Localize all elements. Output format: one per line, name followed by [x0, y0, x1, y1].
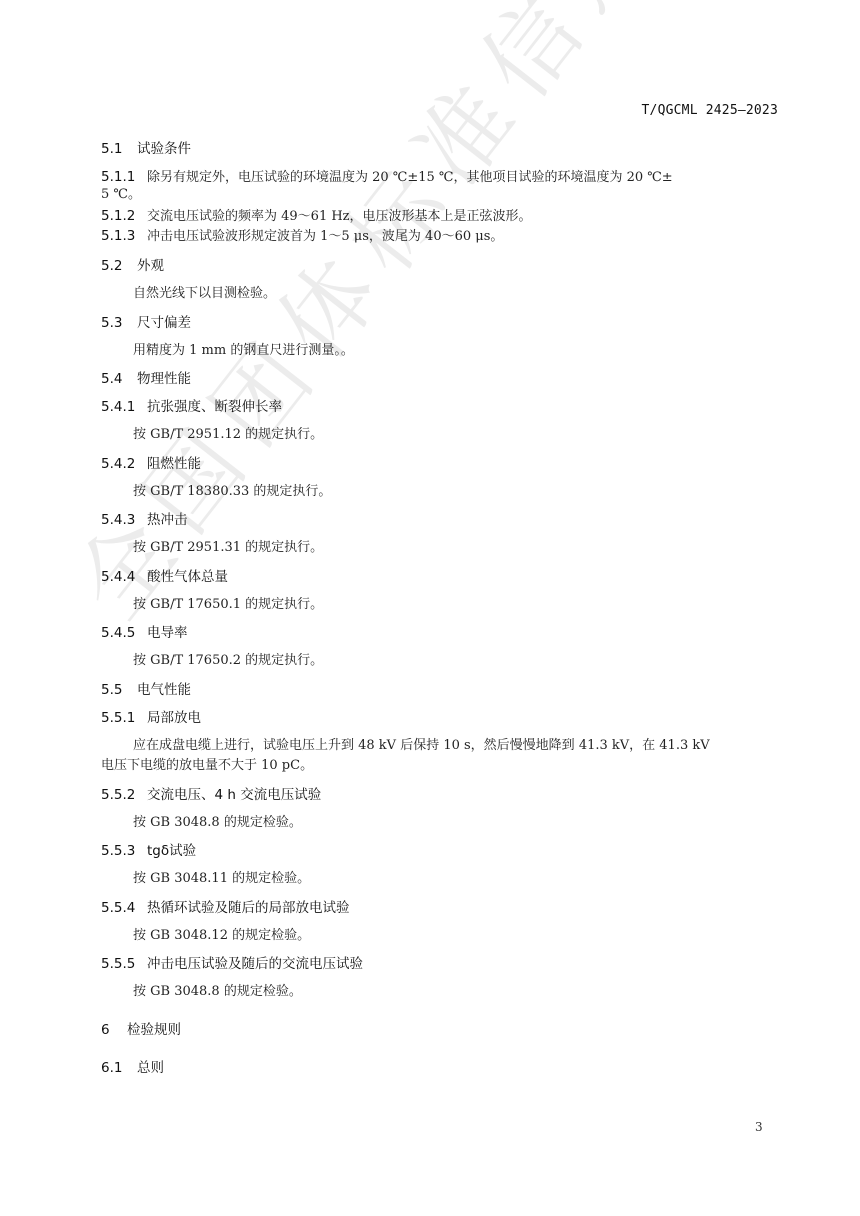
document-page: 全国团体标准信息平台 T/QGCML 2425—2023 5.1试验条件 5.1…: [0, 0, 860, 1216]
paragraph-5-2: 自然光线下以目测检验。: [133, 286, 276, 302]
section-number: 5.4.2: [101, 456, 147, 472]
clause-number: 5.1.3: [101, 228, 147, 244]
heading-5-4-5: 5.4.5电导率: [101, 625, 188, 641]
section-number: 5.4.3: [101, 512, 147, 528]
clause-text: 除另有规定外，电压试验的环境温度为 20 ℃±15 ℃，其他项目试验的环境温度为…: [147, 170, 673, 185]
clause-number: 5.1.2: [101, 208, 147, 224]
paragraph-5-3: 用精度为 1 mm 的钢直尺进行测量。。: [133, 343, 354, 359]
section-title: 热冲击: [147, 512, 188, 528]
section-number: 5.5.1: [101, 710, 147, 726]
paragraph-5-5-2: 按 GB 3048.8 的规定检验。: [133, 815, 302, 831]
section-number: 5.5.3: [101, 843, 147, 859]
section-number: 6.1: [101, 1060, 137, 1076]
section-number: 5.2: [101, 258, 137, 274]
section-title: 冲击电压试验及随后的交流电压试验: [147, 956, 363, 972]
heading-5-3: 5.3尺寸偏差: [101, 315, 191, 331]
heading-5-5-2: 5.5.2交流电压、4 h 交流电压试验: [101, 787, 321, 803]
section-number: 5.5.5: [101, 956, 147, 972]
paragraph-5-4-3: 按 GB/T 2951.31 的规定执行。: [133, 540, 323, 556]
section-title: 物理性能: [137, 371, 191, 387]
section-number: 5.4.1: [101, 399, 147, 415]
section-title: 外观: [137, 258, 164, 274]
section-title: 总则: [137, 1060, 164, 1076]
clause-number: 5.1.1: [101, 169, 147, 185]
section-number: 5.5.4: [101, 900, 147, 916]
heading-6-1: 6.1总则: [101, 1060, 164, 1076]
heading-5-5: 5.5电气性能: [101, 682, 191, 698]
heading-5-4-2: 5.4.2阻燃性能: [101, 456, 201, 472]
section-number: 5.4: [101, 371, 137, 387]
heading-5-4-1: 5.4.1抗张强度、断裂伸长率: [101, 399, 282, 415]
paragraph-5-5-4: 按 GB 3048.12 的规定检验。: [133, 928, 310, 944]
heading-6: 6检验规则: [101, 1022, 181, 1038]
section-number: 6: [101, 1022, 127, 1038]
clause-5-1-1-continuation: 5 ℃。: [101, 187, 141, 203]
paragraph-5-5-1: 应在成盘电缆上进行，试验电压上升到 48 kV 后保持 10 s，然后慢慢地降到…: [133, 738, 710, 754]
page-number: 3: [755, 1120, 763, 1134]
clause-text: 交流电压试验的频率为 49～61 Hz，电压波形基本上是正弦波形。: [147, 209, 532, 224]
paragraph-5-5-1-continuation: 电压下电缆的放电量不大于 10 pC。: [101, 758, 313, 774]
clause-5-1-2: 5.1.2交流电压试验的频率为 49～61 Hz，电压波形基本上是正弦波形。: [101, 208, 532, 225]
section-number: 5.3: [101, 315, 137, 331]
section-title: 电导率: [147, 625, 188, 641]
heading-5-5-1: 5.5.1局部放电: [101, 710, 201, 726]
paragraph-5-4-5: 按 GB/T 17650.2 的规定执行。: [133, 653, 323, 669]
paragraph-5-5-5: 按 GB 3048.8 的规定检验。: [133, 984, 302, 1000]
heading-5-5-4: 5.5.4热循环试验及随后的局部放电试验: [101, 900, 350, 916]
heading-5-5-5: 5.5.5冲击电压试验及随后的交流电压试验: [101, 956, 363, 972]
section-title: tgδ试验: [147, 843, 196, 859]
section-title: 抗张强度、断裂伸长率: [147, 399, 282, 415]
heading-5-4-4: 5.4.4酸性气体总量: [101, 569, 228, 585]
paragraph-5-4-2: 按 GB/T 18380.33 的规定执行。: [133, 484, 331, 500]
paragraph-5-5-3: 按 GB 3048.11 的规定检验。: [133, 871, 310, 887]
paragraph-5-4-1: 按 GB/T 2951.12 的规定执行。: [133, 427, 323, 443]
heading-5-4: 5.4物理性能: [101, 371, 191, 387]
clause-5-1-3: 5.1.3冲击电压试验波形规定波首为 1～5 μs，波尾为 40～60 μs。: [101, 228, 503, 245]
section-number: 5.4.5: [101, 625, 147, 641]
section-title: 阻燃性能: [147, 456, 201, 472]
section-number: 5.1: [101, 141, 137, 157]
section-number: 5.4.4: [101, 569, 147, 585]
section-number: 5.5.2: [101, 787, 147, 803]
section-number: 5.5: [101, 682, 137, 698]
section-title: 电气性能: [137, 682, 191, 698]
heading-5-4-3: 5.4.3热冲击: [101, 512, 188, 528]
section-title: 试验条件: [137, 141, 191, 157]
heading-5-2: 5.2外观: [101, 258, 164, 274]
clause-5-1-1: 5.1.1除另有规定外，电压试验的环境温度为 20 ℃±15 ℃，其他项目试验的…: [101, 169, 673, 186]
section-title: 尺寸偏差: [137, 315, 191, 331]
paragraph-5-4-4: 按 GB/T 17650.1 的规定执行。: [133, 597, 323, 613]
section-title: 酸性气体总量: [147, 569, 228, 585]
standard-code-header: T/QGCML 2425—2023: [642, 103, 778, 118]
section-title: 交流电压、4 h 交流电压试验: [147, 787, 321, 803]
heading-5-1: 5.1试验条件: [101, 141, 191, 157]
section-title: 局部放电: [147, 710, 201, 726]
clause-text: 冲击电压试验波形规定波首为 1～5 μs，波尾为 40～60 μs。: [147, 229, 503, 244]
section-title: 热循环试验及随后的局部放电试验: [147, 900, 350, 916]
heading-5-5-3: 5.5.3tgδ试验: [101, 843, 196, 859]
section-title: 检验规则: [127, 1022, 181, 1038]
